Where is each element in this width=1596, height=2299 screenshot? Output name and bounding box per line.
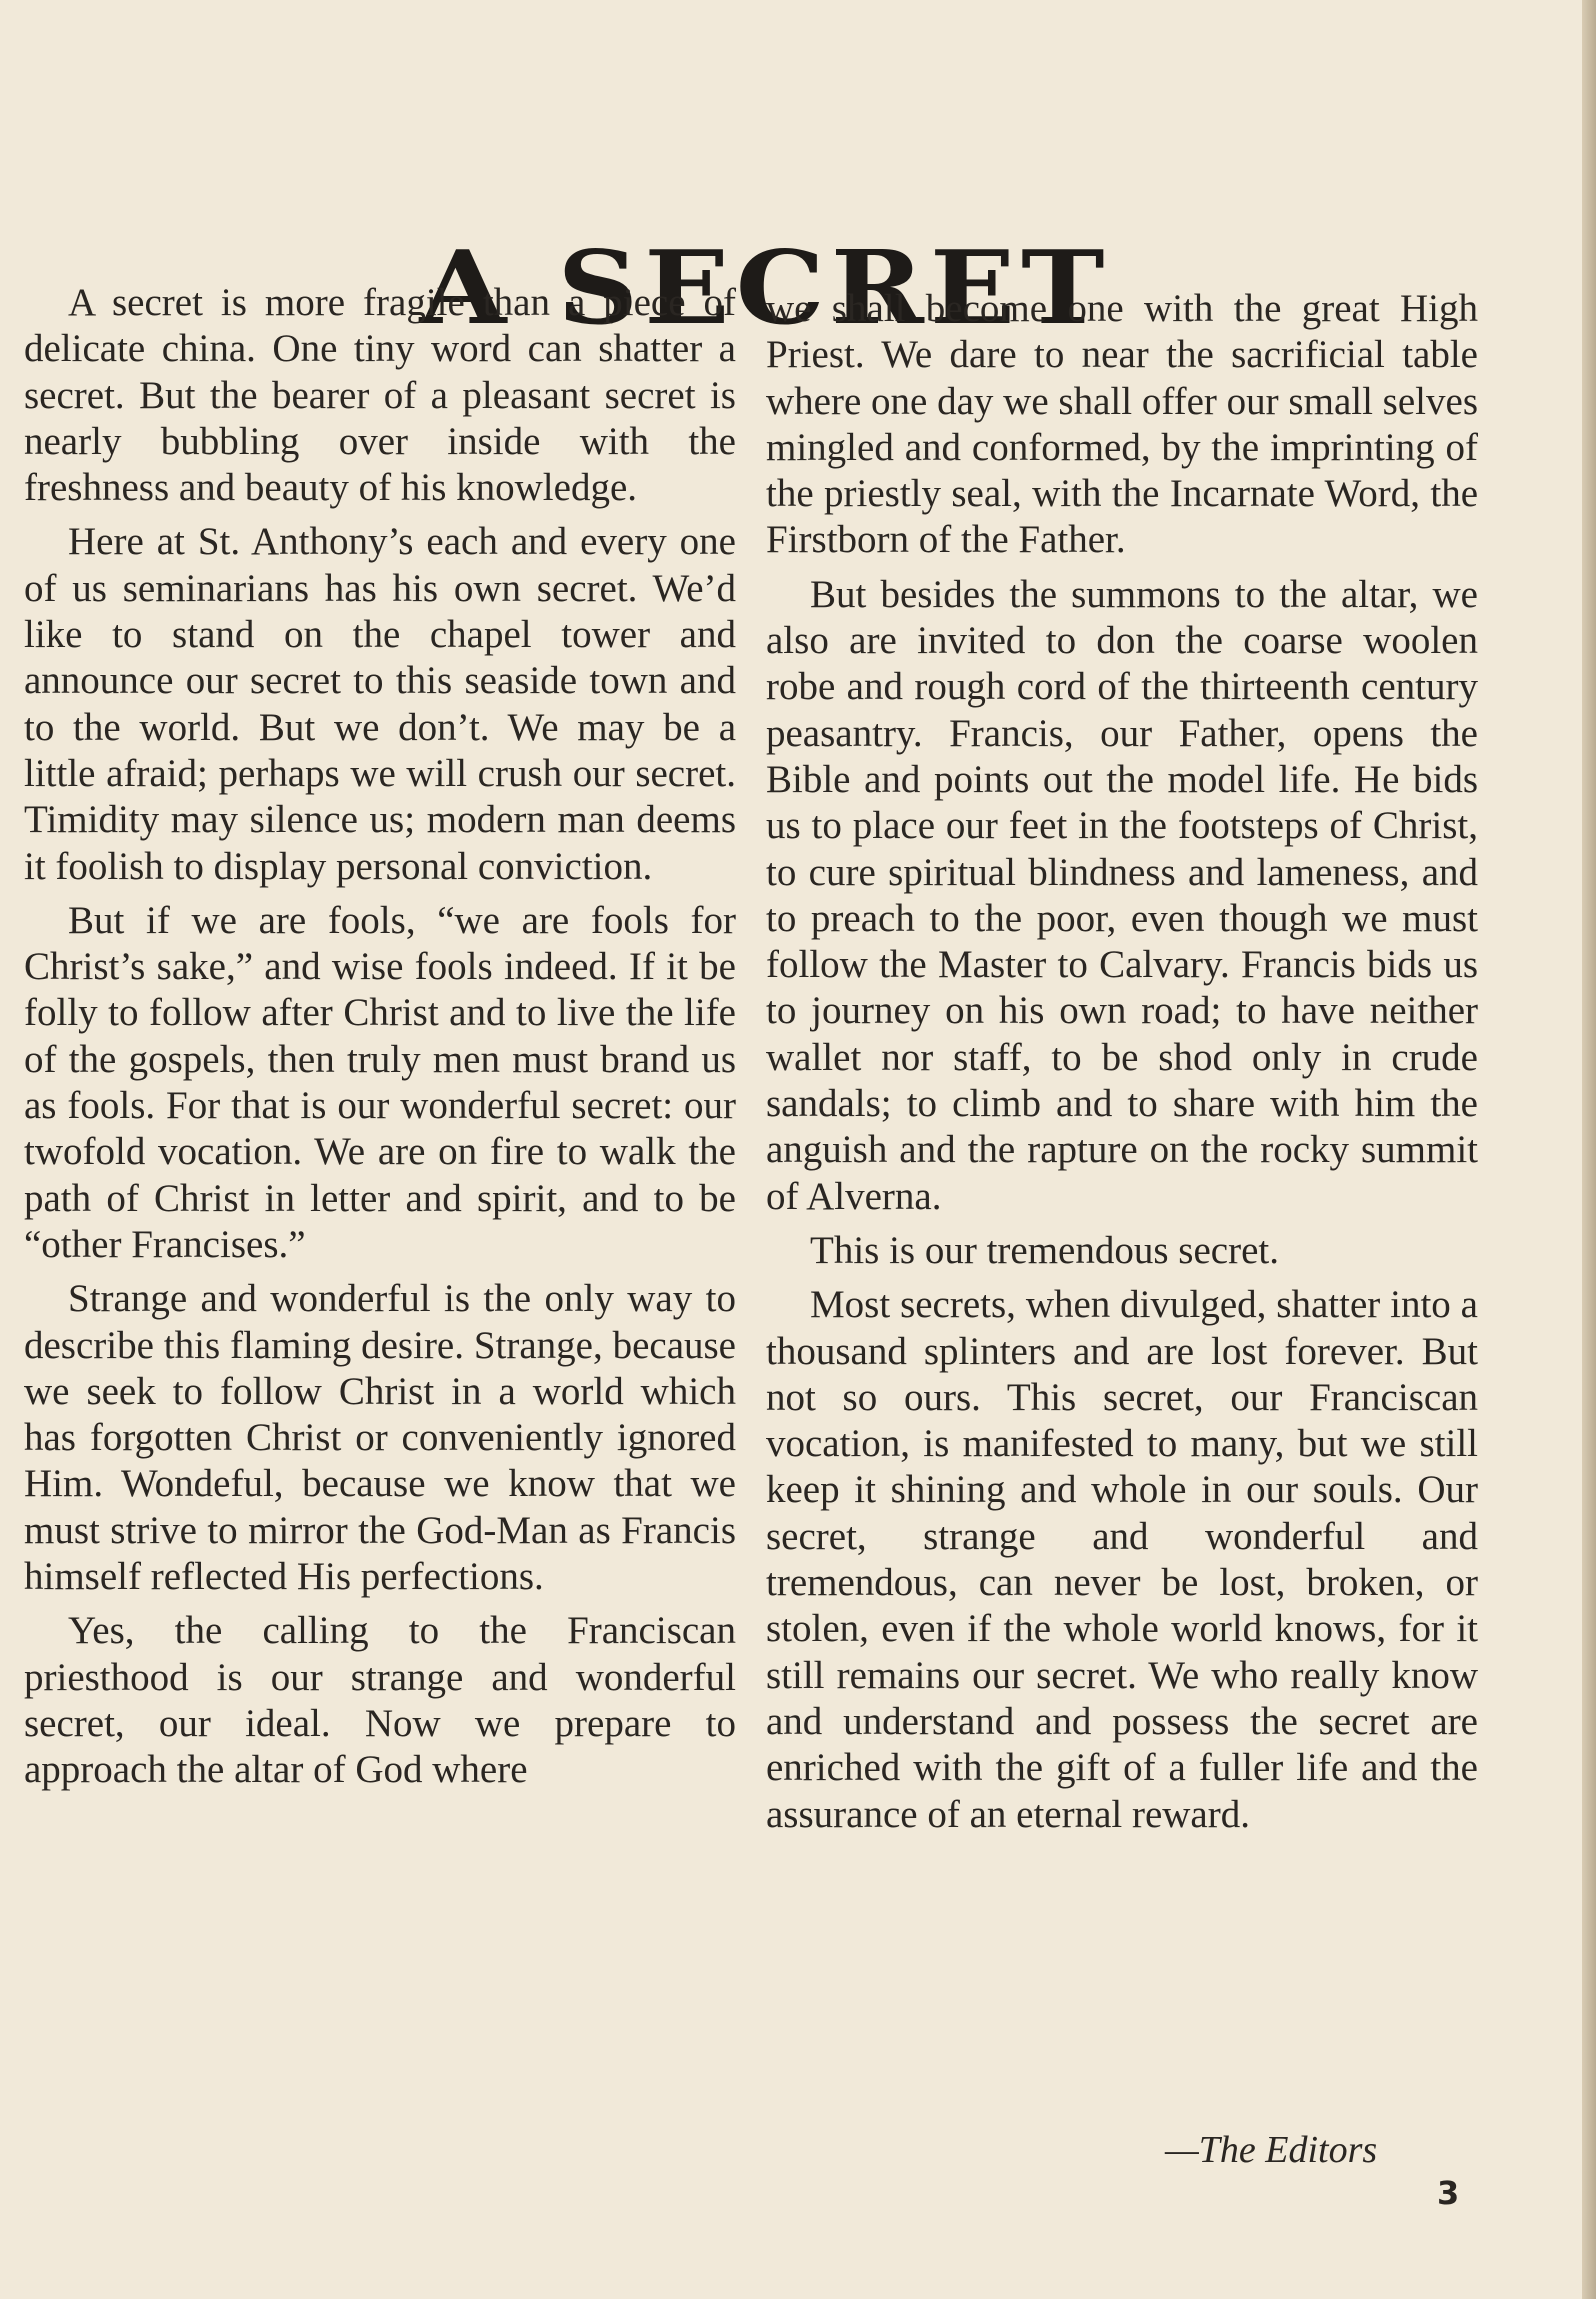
left-column: A secret is more fragile than a piece of… [24,280,736,1802]
paragraph: But if we are fools, “we are fools for C… [24,898,736,1268]
page-edge [1582,0,1596,2299]
signature: —The Editors [1165,2128,1377,2172]
paragraph: Here at St. Anthony’s each and every one… [24,519,736,889]
paragraph: Strange and wonderful is the only way to… [24,1276,736,1600]
paragraph: Yes, the calling to the Franciscan pries… [24,1608,736,1793]
paragraph: But besides the summons to the altar, we… [766,572,1478,1220]
paragraph: Most secrets, when divulged, shatter int… [766,1282,1478,1838]
paragraph: This is our tremendous secret. [766,1228,1478,1274]
paragraph: A secret is more fragile than a piece of… [24,280,736,511]
right-column: we shall become one with the great High … [766,286,1478,1846]
paragraph: we shall become one with the great High … [766,286,1478,564]
page-number: 3 [1437,2174,1459,2212]
